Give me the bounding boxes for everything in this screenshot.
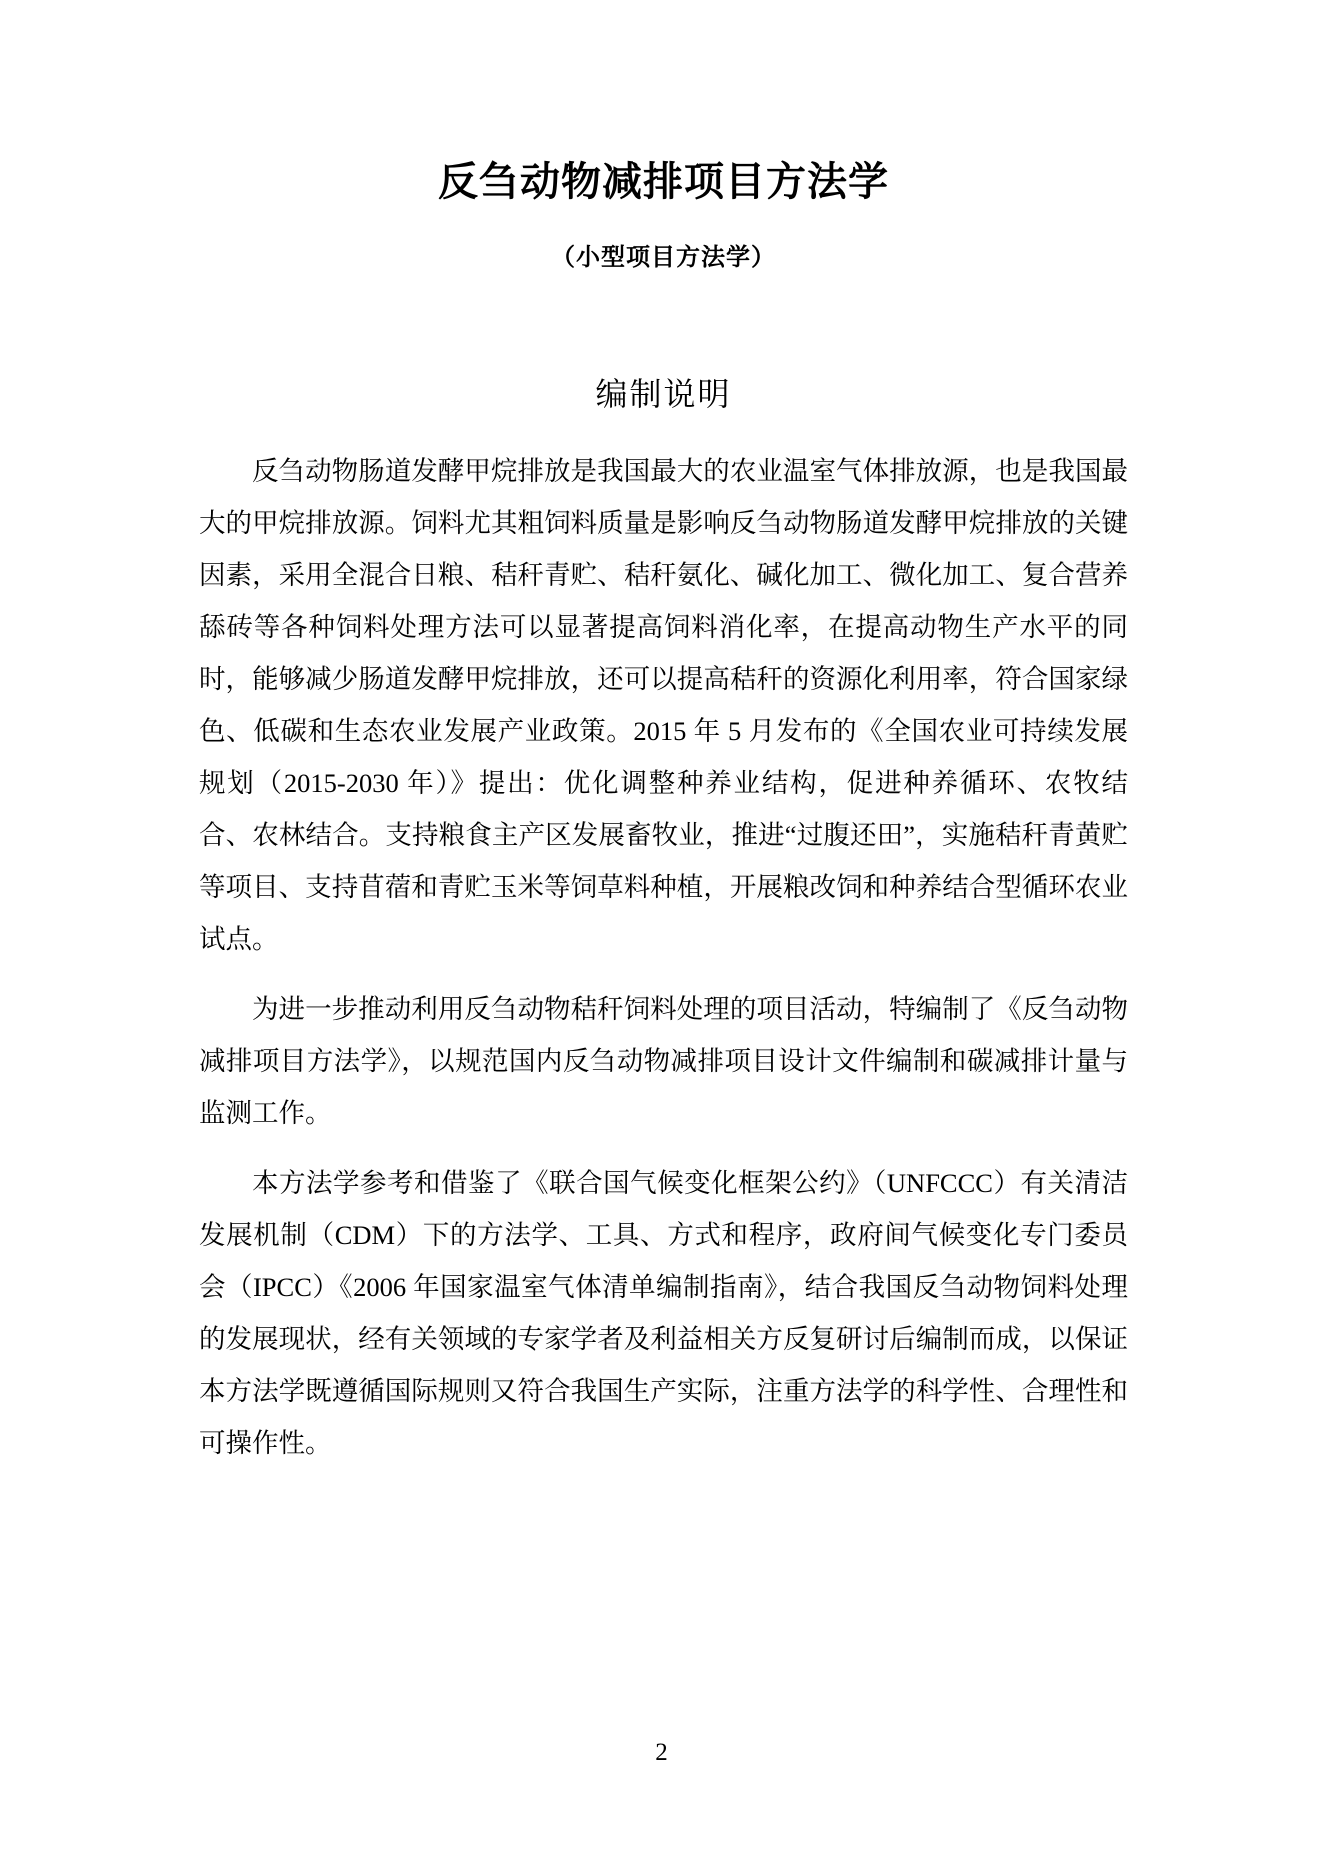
document-title: 反刍动物减排项目方法学 xyxy=(199,0,1128,206)
document-subtitle: （小型项目方法学） xyxy=(199,244,1128,273)
document-page: 反刍动物减排项目方法学 （小型项目方法学） 编制说明 反刍动物肠道发酵甲烷排放是… xyxy=(0,0,1323,1871)
page-footer: 2 xyxy=(0,1738,1323,1768)
paragraph-purpose: 为进一步推动利用反刍动物秸秆饲料处理的项目活动，特编制了《反刍动物减排项目方法学… xyxy=(199,983,1128,1139)
document-body: 编制说明 反刍动物肠道发酵甲烷排放是我国最大的农业温室气体排放源，也是我国最大的… xyxy=(199,374,1128,1469)
paragraph-intro: 反刍动物肠道发酵甲烷排放是我国最大的农业温室气体排放源，也是我国最大的甲烷排放源… xyxy=(199,445,1128,965)
document-header: 反刍动物减排项目方法学 （小型项目方法学） xyxy=(199,0,1128,273)
page-number: 2 xyxy=(655,1739,668,1766)
section-heading: 编制说明 xyxy=(199,374,1128,414)
paragraph-references: 本方法学参考和借鉴了《联合国气候变化框架公约》（UNFCCC）有关清洁发展机制（… xyxy=(199,1157,1128,1469)
